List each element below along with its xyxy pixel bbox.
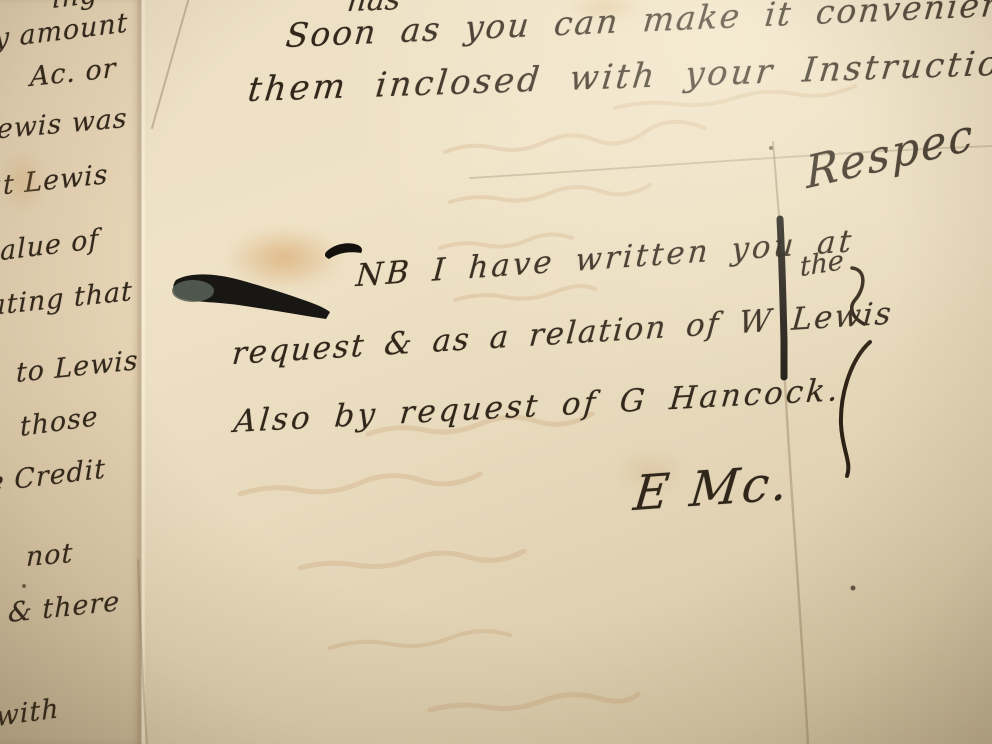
paper-creases bbox=[0, 0, 992, 744]
brace-lower bbox=[841, 342, 870, 476]
handwritten-also-line: Also by request of G Hancock. bbox=[232, 372, 842, 440]
ink-blot-small bbox=[325, 243, 362, 259]
ink-marks bbox=[0, 0, 992, 744]
handwritten-nb-line-end: the bbox=[800, 245, 844, 283]
ink-stain-large bbox=[225, 226, 343, 290]
handwritten-closing-respectfully: Respec bbox=[805, 109, 976, 200]
handwritten-request-line: request & as a relation of W Lewis bbox=[231, 295, 895, 372]
letter-photograph: ing y amount Ac. or Lewis was at Lewis v… bbox=[0, 0, 992, 744]
handwritten-nb-line: NB I have written you at bbox=[355, 223, 856, 294]
ink-speck-right bbox=[851, 586, 856, 591]
ink-speck-top bbox=[769, 146, 773, 150]
photo-vignette bbox=[0, 0, 992, 744]
bleedthrough-writing bbox=[0, 0, 992, 744]
handwritten-signature: E Mc. bbox=[631, 455, 793, 522]
left-fragment-not: not bbox=[26, 538, 74, 573]
page-fold-highlight bbox=[141, 0, 145, 744]
ink-blot-large bbox=[172, 274, 330, 319]
handwritten-line-inclosed: them inclosed with your Instructio bbox=[246, 44, 992, 110]
photo-sheen bbox=[0, 0, 992, 744]
